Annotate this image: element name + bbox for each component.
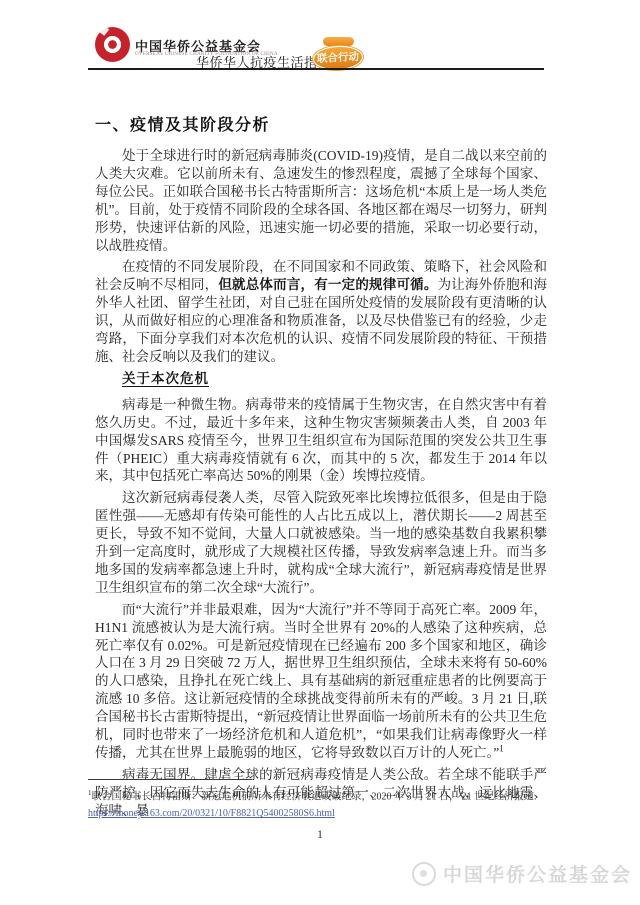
header-rule [88, 68, 544, 70]
paragraph-3: 病毒是一种微生物。病毒带来的疫情属于生物灾害，在自然灾害中有着悠久历史。不过，最… [95, 396, 547, 486]
footnote-separator [88, 779, 252, 780]
foundation-logo-icon [95, 27, 130, 62]
paragraph-5: 而“大流行”并非最艰难，因为“大流行”并不等同于高死亡率。2009 年，H1N1… [95, 601, 547, 762]
subsection-heading-text: 关于本次危机 [122, 371, 209, 386]
page-number: 1 [0, 829, 640, 841]
paragraph-2: 在疫情的不同发展阶段，在不同国家和不同政策、策略下，社会风险和社会反响不尽相同，… [95, 258, 547, 365]
paragraph-2-bold-text: 但就总体而言，有一定的规律可循。 [218, 277, 437, 292]
paragraph-4: 这次新冠病毒侵袭人类，尽管入院致死率比埃博拉低很多，但是由于隐匿性强——无感却有… [95, 489, 547, 596]
footer-watermark: 中国华侨公益基金会 [412, 860, 632, 887]
subsection-heading: 关于本次危机 [95, 370, 547, 388]
footnote-reference: 1 [499, 744, 504, 754]
watermark-logo-icon [412, 862, 436, 886]
footnote-url-link[interactable]: https://money.163.com/20/0321/10/F8821Q5… [88, 806, 335, 822]
footnote-text: 联合国秘书长古特雷斯：新冠危机前所未有经济衰退或破纪录，2020 年 3 月 2… [92, 791, 537, 802]
watermark-text: 中国华侨公益基金会 [443, 860, 632, 887]
paragraph-5-text: 而“大流行”并非最艰难，因为“大流行”并不等同于高死亡率。2009 年，H1N1… [95, 602, 547, 760]
footnote: 1联合国秘书长古特雷斯：新冠危机前所未有经济衰退或破纪录，2020 年 3 月 … [88, 785, 553, 822]
section-title: 一、疫情及其阶段分析 [95, 112, 547, 135]
document-body: 一、疫情及其阶段分析 处于全球进行时的新冠病毒肺炎(COVID-19)疫情，是自… [95, 108, 547, 824]
campaign-badge: 联合行动 [313, 36, 365, 70]
paragraph-1: 处于全球进行时的新冠病毒肺炎(COVID-19)疫情，是自二战以来空前的人类大灾… [95, 147, 547, 254]
